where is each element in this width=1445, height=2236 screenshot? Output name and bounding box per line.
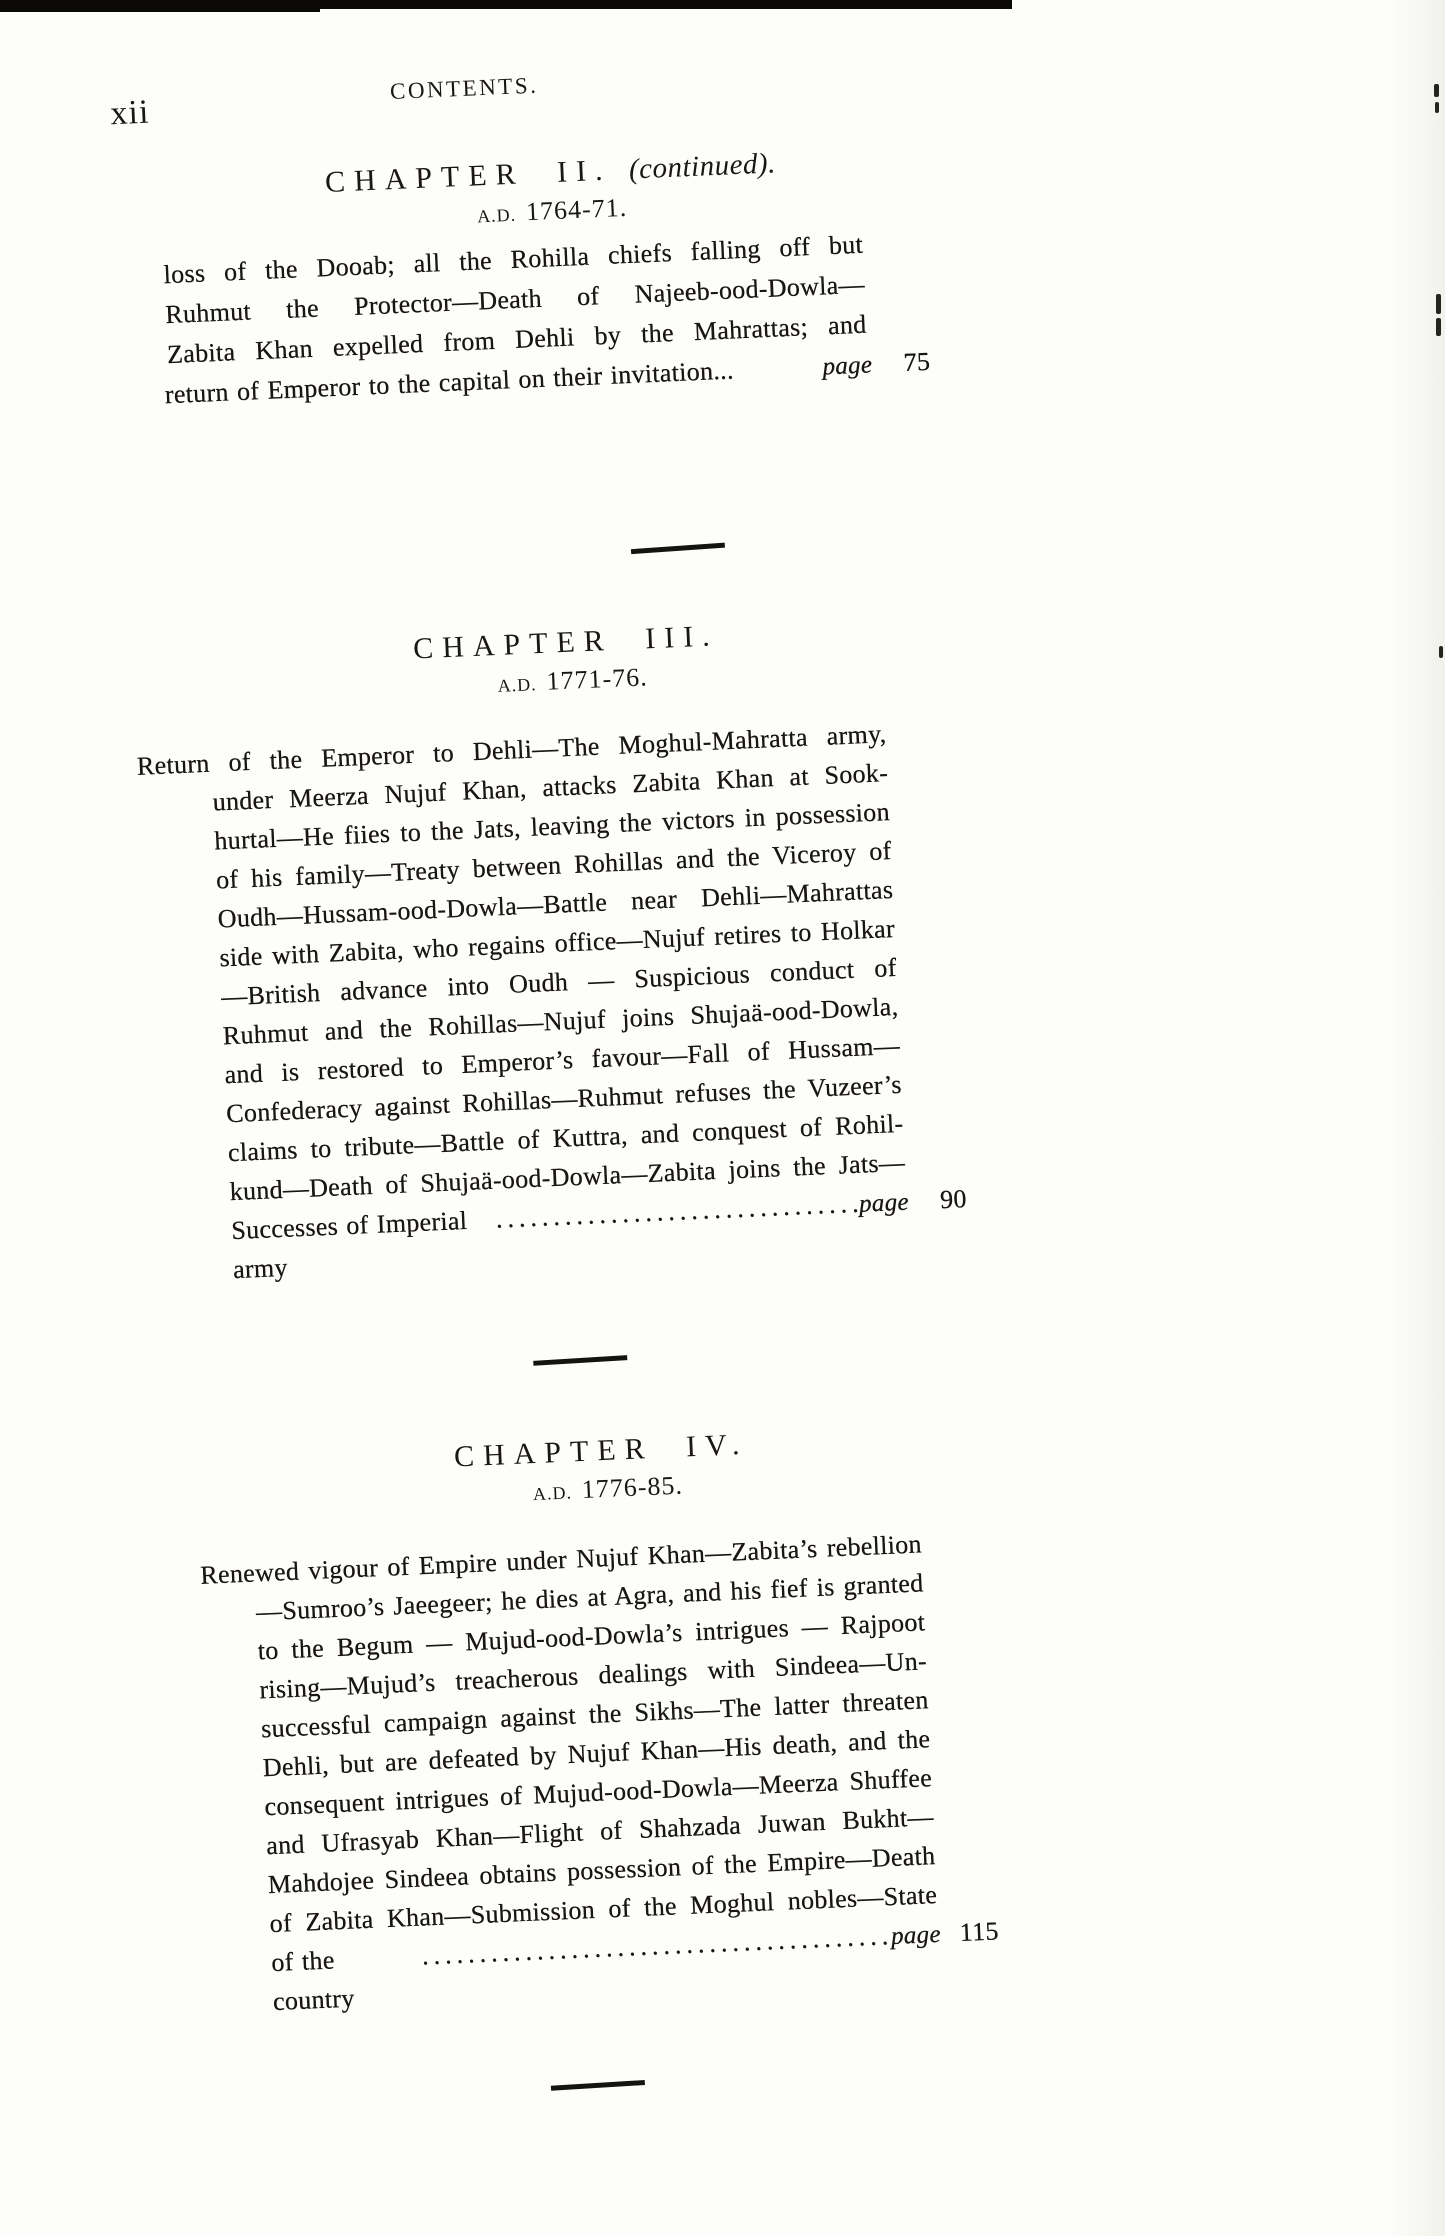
running-title: CONTENTS.	[105, 60, 822, 117]
section-divider-rule	[631, 543, 725, 555]
chapter-section-ii: CHAPTER II. (continued). A.D. 1764-71. l…	[109, 140, 931, 418]
page-ref-label: page	[890, 1915, 941, 1956]
page-ref-number: 75	[871, 342, 931, 384]
chapter-title: CHAPTER III.	[413, 619, 720, 665]
chapter-section-iv: CHAPTER IV. A.D. 1776-85. Renewed vigour…	[165, 1418, 1001, 2025]
section-divider-rule	[533, 1355, 627, 1366]
page-ref-number: 115	[940, 1911, 1000, 1952]
page-header: xii CONTENTS.	[105, 54, 918, 139]
scan-artifact	[1435, 102, 1439, 113]
era-value: 1776-85.	[581, 1471, 683, 1504]
chapter-title: CHAPTER IV.	[453, 1428, 749, 1474]
scan-artifact	[1434, 84, 1439, 97]
section-divider-rule	[551, 2080, 645, 2091]
chapter-continued-label	[728, 620, 729, 652]
page-content: xii CONTENTS. CHAPTER II. (continued). A…	[105, 54, 1004, 2105]
chapter-summary: loss of the Dooab; all the Rohilla chief…	[113, 222, 931, 418]
scan-artifact	[0, 0, 320, 12]
chapter-summary: Renewed vigour of Empire under Nujuf Kha…	[169, 1522, 1001, 2025]
chapter-section-iii: CHAPTER III. A.D. 1771-76. Return of the…	[130, 609, 969, 1292]
scan-artifact	[1436, 294, 1441, 314]
chapter-summary: Return of the Emperor to Dehli—The Moghu…	[134, 711, 969, 1292]
chapter-continued-label	[758, 1428, 759, 1460]
page-ref-number: 90	[908, 1179, 968, 1220]
page-ref-label: page	[858, 1182, 909, 1223]
scan-artifact	[1439, 646, 1443, 658]
era-label: A.D.	[533, 1482, 573, 1504]
scan-artifact	[1436, 318, 1441, 336]
leader-dots	[734, 374, 823, 378]
chapter-title: CHAPTER II.	[324, 153, 612, 198]
chapter-continued-label: (continued).	[628, 147, 776, 185]
era-value: 1764-71.	[525, 193, 627, 226]
summary-final-text: of the country	[270, 1937, 416, 2021]
era-value: 1771-76.	[546, 662, 648, 695]
scanned-book-page: xii CONTENTS. CHAPTER II. (continued). A…	[0, 0, 1445, 2236]
summary-final-text: Successes of Imperial army	[230, 1200, 490, 1289]
page-ref-label: page	[822, 345, 873, 387]
era-label: A.D.	[497, 674, 537, 696]
era-label: A.D.	[477, 205, 517, 227]
